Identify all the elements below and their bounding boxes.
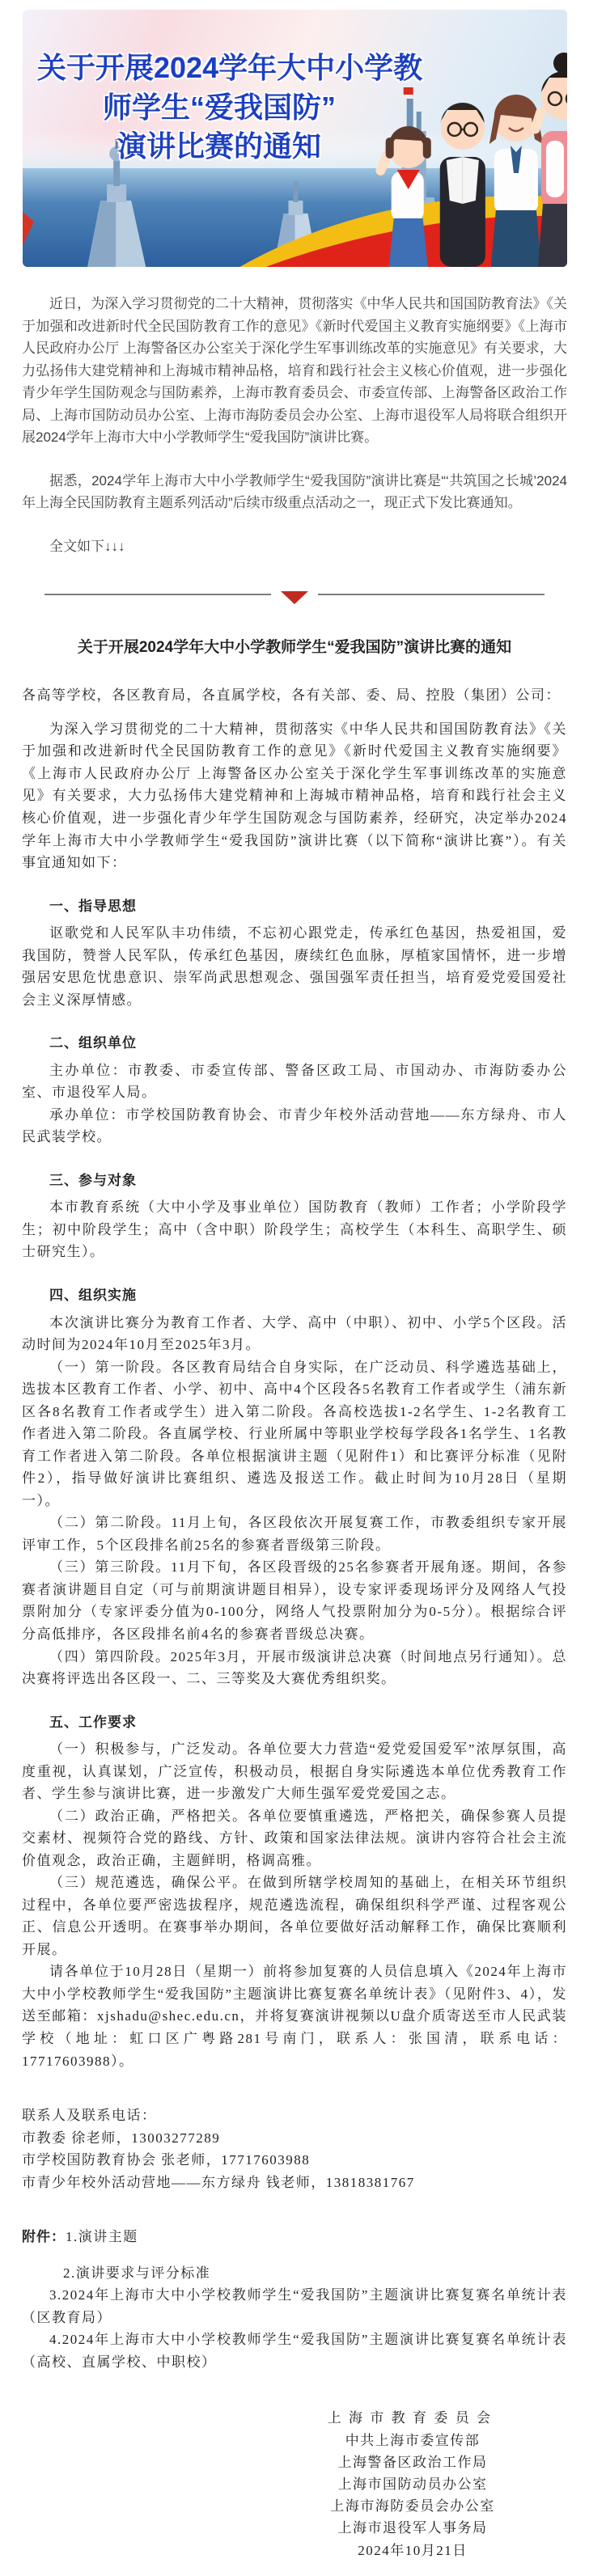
banner-title-line3: 演讲比赛的通知	[37, 127, 401, 167]
section-heading-2: 二、组织单位	[22, 1032, 567, 1055]
signature-block: 上海市教育委员会 中共上海市委宣传部 上海警备区政治工作局 上海市国防动员办公室…	[279, 2407, 546, 2561]
contact-line: 市青少年校外活动营地——东方绿舟 钱老师，13818381767	[22, 2172, 567, 2194]
attachments-label: 附件：	[22, 2229, 66, 2244]
signature-line: 上海市国防动员办公室	[279, 2473, 546, 2495]
banner-wrap: 关于开展2024学年大中小学教 师学生“爱我国防” 演讲比赛的通知	[0, 0, 589, 267]
signature-line: 上海市教育委员会	[279, 2407, 546, 2429]
banner-title-line1: 关于开展2024学年大中小学教	[37, 49, 401, 88]
divider-line-right	[318, 594, 545, 595]
notice-body: 各高等学校，各区教育局，各直属学校，各有关部、委、局、控股（集团）公司： 为深入…	[0, 684, 589, 2561]
section-4-paragraph: （二）第二阶段。11月上旬，各区段依次开展复赛工作，市教委组织专家开展评审工作，…	[22, 1512, 567, 1556]
section-5-paragraph: （二）政治正确，严格把关。各单位要慎重遴选，严格把关，确保参赛人员提交素材、视频…	[22, 1805, 567, 1872]
banner-title-line2: 师学生“爱我国防”	[37, 88, 401, 128]
signature-line: 中共上海市委宣传部	[279, 2430, 546, 2451]
intro-paragraph-1: 近日，为深入学习贯彻党的二十大精神，贯彻落实《中华人民共和国国防教育法》《关于加…	[22, 293, 567, 449]
section-4-paragraph: 本次演讲比赛分为教育工作者、大学、高中（中职）、初中、小学5个区段。活动时间为2…	[22, 1312, 567, 1356]
contacts-heading: 联系人及联系电话：	[22, 2104, 567, 2127]
intro-paragraph-3: 全文如下↓↓↓	[22, 535, 567, 558]
article-page: 关于开展2024学年大中小学教 师学生“爱我国防” 演讲比赛的通知 近日，为深入…	[0, 0, 589, 2576]
notice-preamble: 为深入学习贯彻党的二十大精神，贯彻落实《中华人民共和国国防教育法》《关于加强和改…	[22, 718, 567, 874]
signature-line: 上海警备区政治工作局	[279, 2451, 546, 2473]
section-5-paragraph: （一）积极参与，广泛发动。各单位要大力营造“爱党爱国爱军”浓厚氛围，高度重视，认…	[22, 1738, 567, 1805]
section-heading-3: 三、参与对象	[22, 1170, 567, 1192]
addressee-line: 各高等学校，各区教育局，各直属学校，各有关部、委、局、控股（集团）公司：	[22, 684, 567, 707]
section-divider	[44, 585, 545, 604]
down-triangle-icon	[281, 591, 308, 604]
contacts-block: 联系人及联系电话： 市教委 徐老师，13003277289 市学校国防教育协会 …	[22, 2104, 567, 2193]
signature-date: 2024年10月21日	[279, 2540, 546, 2561]
banner-title: 关于开展2024学年大中小学教 师学生“爱我国防” 演讲比赛的通知	[37, 49, 401, 167]
signature-line: 上海市海防委员会办公室	[279, 2495, 546, 2517]
section-1-paragraph: 讴歌党和人民军队丰功伟绩，不忘初心跟党走，传承红色基因，热爱祖国，爱我国防，赞誉…	[22, 922, 567, 1011]
section-2-paragraph: 承办单位：市学校国防教育协会、市青少年校外活动营地——东方绿舟、市人民武装学校。	[22, 1104, 567, 1148]
intro-paragraph-2: 据悉，2024学年上海市大中小学教师学生“爱我国防”演讲比赛是“‘共筑国之长城’…	[22, 470, 567, 514]
section-3-paragraph: 本市教育系统（大中小学及事业单位）国防教育（教师）工作者；小学阶段学生；初中阶段…	[22, 1196, 567, 1263]
attachments-block: 附件：1.演讲主题 2.演讲要求与评分标准 3.2024年上海市大中小学校教师学…	[22, 2226, 567, 2373]
section-2-paragraph: 主办单位：市教委、市委宣传部、警备区政工局、市国动办、市海防委办公室、市退役军人…	[22, 1060, 567, 1104]
section-heading-1: 一、指导思想	[22, 895, 567, 918]
signature-line: 上海市退役军人事务局	[279, 2517, 546, 2539]
attachment-item: 2.演讲要求与评分标准	[22, 2262, 567, 2285]
attachment-item: 4.2024年上海市大中小学校教师学生“爱我国防”主题演讲比赛复赛名单统计表（高…	[22, 2329, 567, 2373]
contact-line: 市学校国防教育协会 张老师，17717603988	[22, 2149, 567, 2172]
contact-line: 市教委 徐老师，13003277289	[22, 2127, 567, 2150]
intro-section: 近日，为深入学习贯彻党的二十大精神，贯彻落实《中华人民共和国国防教育法》《关于加…	[0, 293, 589, 557]
section-4-paragraph: （三）第三阶段。11月下旬，各区段晋级的25名参赛者开展角逐。期间，各参赛者演讲…	[22, 1556, 567, 1645]
banner-image[interactable]: 关于开展2024学年大中小学教 师学生“爱我国防” 演讲比赛的通知	[23, 10, 567, 267]
notice-title: 关于开展2024学年大中小学教师学生“爱我国防”演讲比赛的通知	[32, 635, 557, 657]
section-5-paragraph: （三）规范遴选，确保公平。在做到所辖学校周知的基础上，在相关环节组织过程中，各单…	[22, 1872, 567, 1961]
attachment-line-1: 附件：1.演讲主题	[22, 2226, 567, 2248]
section-4-paragraph: （一）第一阶段。各区教育局结合自身实际，在广泛动员、科学遴选基础上，选拔本区教育…	[22, 1356, 567, 1512]
section-4-paragraph: （四）第四阶段。2025年3月，开展市级演讲总决赛（时间地点另行通知）。总决赛将…	[22, 1646, 567, 1690]
divider-line-left	[44, 594, 271, 595]
attachment-item: 1.演讲主题	[66, 2229, 138, 2244]
section-5-paragraph: 请各单位于10月28日（星期一）前将参加复赛的人员信息填入《2024年上海市大中…	[22, 1961, 567, 2072]
attachment-item: 3.2024年上海市大中小学校教师学生“爱我国防”主题演讲比赛复赛名单统计表（区…	[22, 2284, 567, 2329]
section-heading-4: 四、组织实施	[22, 1284, 567, 1307]
section-heading-5: 五、工作要求	[22, 1711, 567, 1734]
page-bottom-spacer	[0, 2561, 589, 2576]
